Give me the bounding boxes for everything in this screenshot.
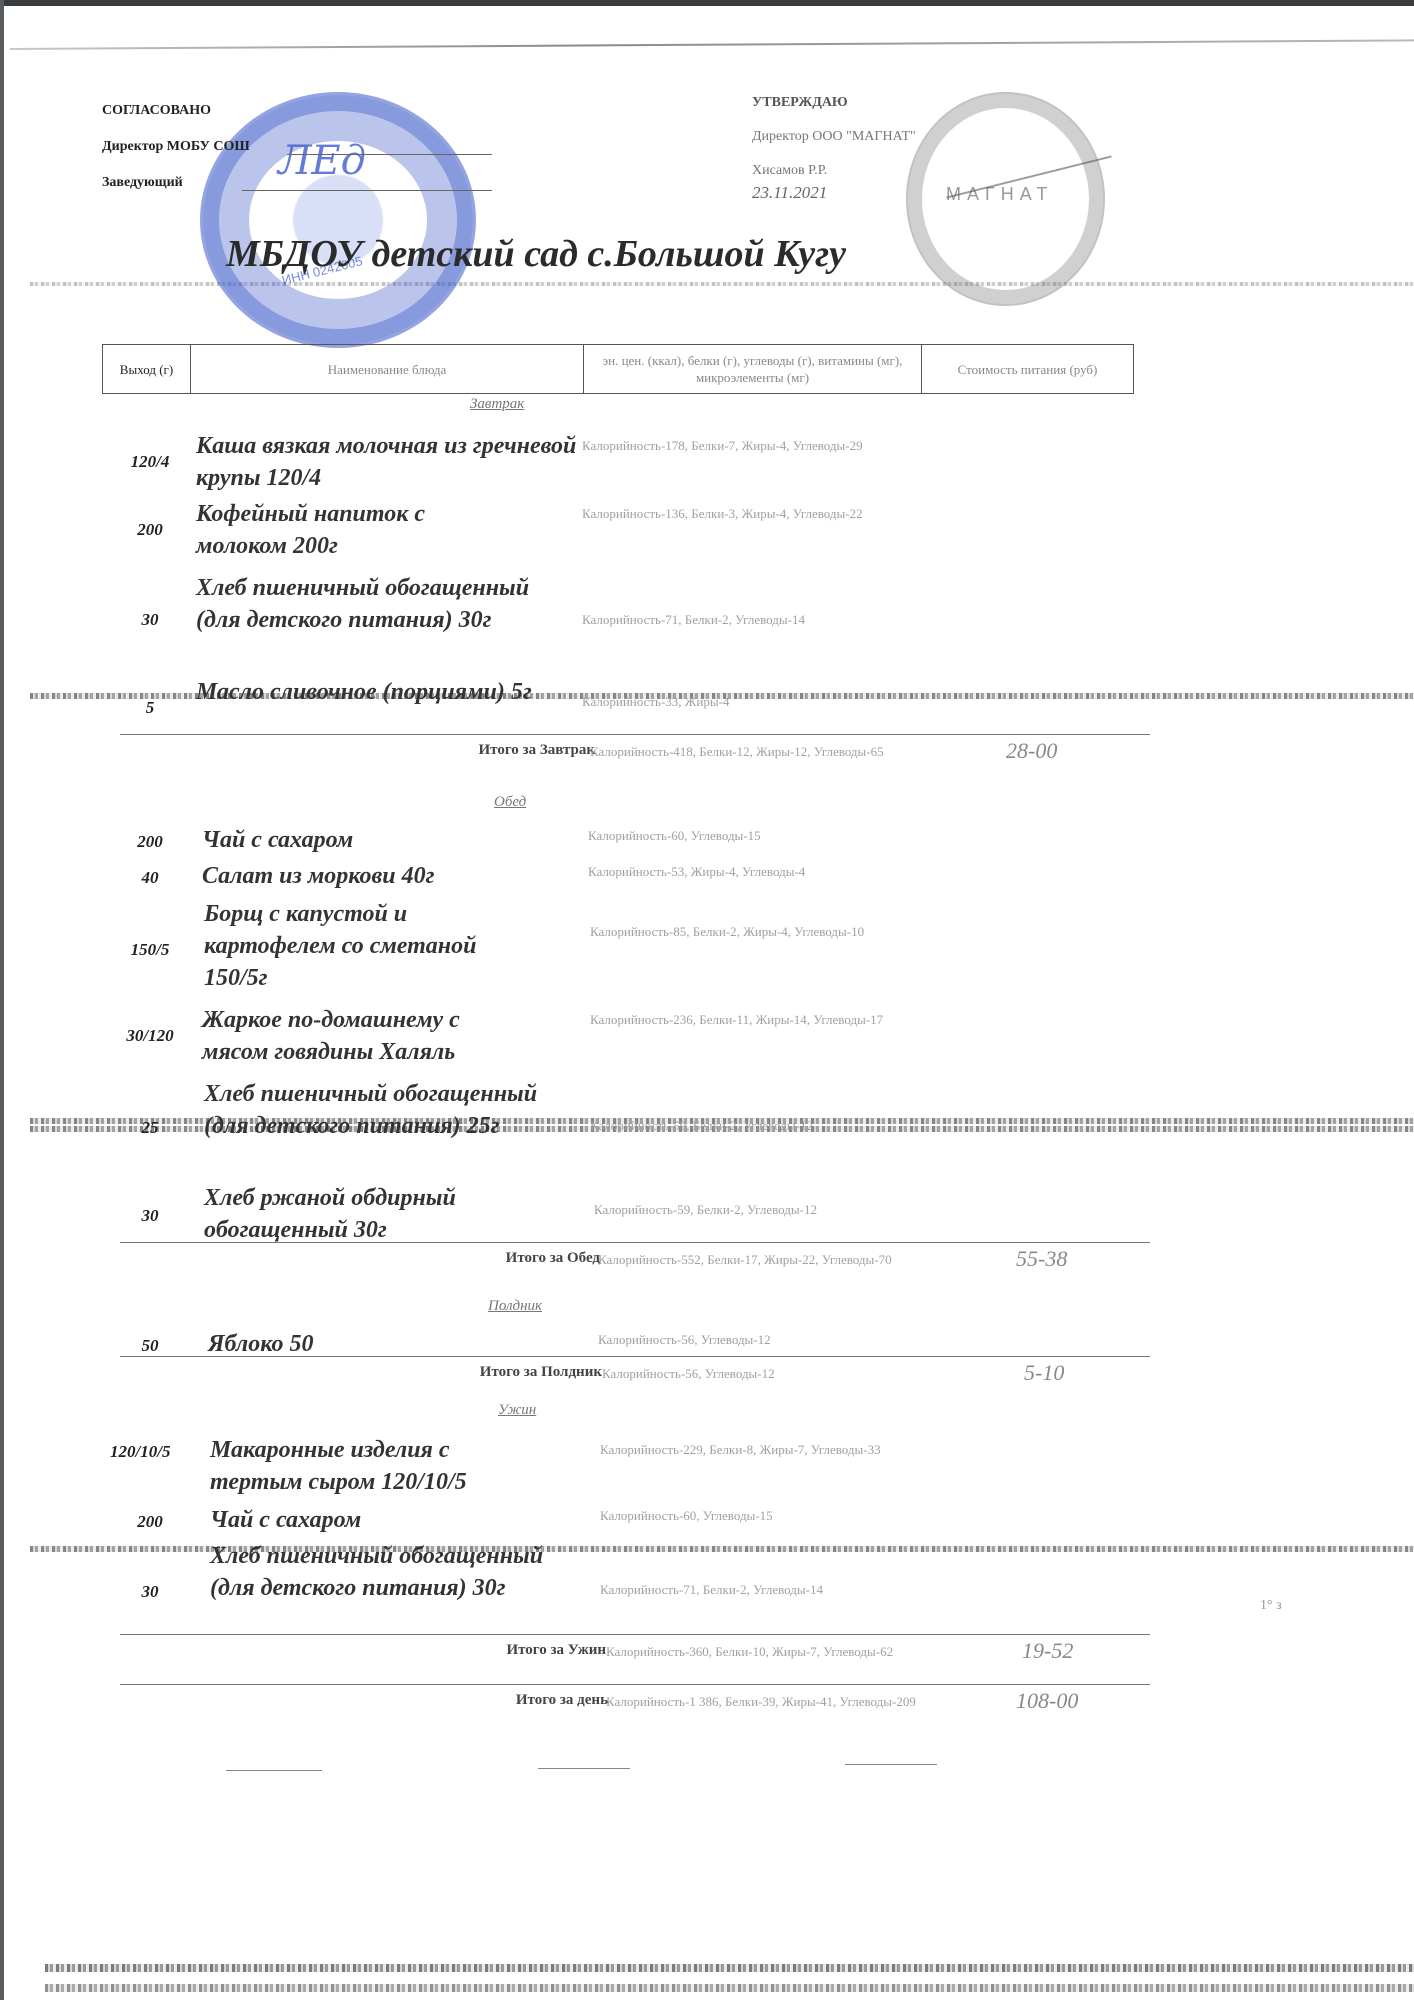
scan-rule [10,39,1414,50]
dish-name: Борщ с капустой и картофелем со сметаной… [204,898,534,994]
yield-value: 30 [110,1582,190,1602]
total-label: Итого за Полдник [480,1364,602,1381]
yield-value: 200 [110,520,190,540]
nutrition-value: Калорийность-56, Углеводы-12 [598,1330,918,1349]
nutrition-value: Калорийность-60, Углеводы-15 [588,826,908,845]
yield-value: 30 [110,610,190,630]
director-company-label: Директор ООО "МАГНАТ" [752,126,916,160]
total-nutrition: Калорийность-552, Белки-17, Жиры-22, Угл… [598,1250,918,1269]
dish-name: Каша вязкая молочная из гречневой крупы … [196,430,586,494]
yield-value: 200 [110,832,190,852]
yield-value: 50 [110,1336,190,1356]
scan-noise [45,1964,1414,1972]
total-label: Итого за Ужин [506,1642,606,1659]
dish-name: Салат из моркови 40г [202,860,592,892]
yield-value: 5 [110,698,190,718]
page-title: МБДОУ детский сад с.Большой Кугу [226,232,846,276]
dish-name: Хлеб пшеничный обогащенный (для детского… [210,1540,570,1604]
yield-value: 25 [110,1118,190,1138]
total-label: Итого за день [516,1692,608,1709]
nutrition-value: Калорийность-136, Белки-3, Жиры-4, Углев… [582,504,902,523]
total-nutrition: Калорийность-56, Углеводы-12 [602,1364,922,1383]
footer-signature-line [845,1764,937,1765]
column-header-dish: Наименование блюда [191,345,584,394]
dish-name: Жаркое по-домашнему с мясом говядины Хал… [202,1004,522,1068]
signature-line [287,154,492,155]
dish-name: Макаронные изделия с тертым сыром 120/10… [210,1434,530,1498]
nutrition-value: Калорийность-71, Белки-2, Углеводы-14 [582,610,912,629]
approve-label: УТВЕРЖДАЮ [752,92,916,126]
section-title-snack: Полдник [488,1298,542,1315]
yield-value: 40 [110,868,190,888]
dish-name: Хлеб ржаной обдирный обогащенный 30г [204,1182,524,1246]
divider [120,1242,1150,1243]
margin-note: 1° з [1260,1598,1282,1614]
nutrition-value: Калорийность-229, Белки-8, Жиры-7, Углев… [600,1440,920,1459]
head-label: Заведующий [102,175,183,190]
total-cost: 5-10 [1024,1360,1064,1386]
yield-value: 30 [110,1206,190,1226]
footer-signature-line [226,1770,322,1771]
nutrition-value: Калорийность-53, Жиры-4, Углеводы-4 [588,862,908,881]
section-title-dinner: Ужин [498,1402,536,1419]
dish-name: Чай с сахаром [210,1504,600,1536]
divider [120,734,1150,735]
director-school-label: Директор МОБУ СОШ [102,139,250,154]
total-label: Итого за Завтрак [479,742,595,759]
nutrition-value: Калорийность-85, Белки-2, Жиры-4, Углево… [590,922,910,941]
nutrition-value: Калорийность-59, Белки-2, Углеводы-12 [594,1200,914,1219]
menu-table-header: Выход (г) Наименование блюда эн. цен. (к… [102,344,1134,394]
nutrition-value: Калорийность-71, Белки-2, Углеводы-14 [600,1580,920,1599]
nutrition-value: Калорийность-236, Белки-11, Жиры-14, Угл… [590,1010,910,1029]
total-cost: 108-00 [1016,1688,1078,1714]
footer-signature-line [538,1768,630,1769]
section-title-breakfast: Завтрак [470,396,524,413]
yield-value: 120/4 [110,452,190,472]
section-title-lunch: Обед [494,794,526,811]
nutrition-value: Калорийность-33, Жиры-4 [582,692,902,711]
dish-name: Хлеб пшеничный обогащенный (для детского… [204,1078,564,1142]
dish-name: Масло сливочное (порциями) 5г [196,676,576,708]
director-name: Хисамов Р.Р. [752,160,916,182]
divider [120,1634,1150,1635]
approval-date: 23.11.2021 [752,182,916,216]
divider [120,1356,1150,1357]
nutrition-value: Калорийность-60, Углеводы-15 [600,1506,920,1525]
total-cost: 19-52 [1022,1638,1073,1664]
dish-name: Кофейный напиток с молоком 200г [196,498,486,562]
company-stamp: МАГНАТ [906,92,1105,306]
approval-block-right: УТВЕРЖДАЮ Директор ООО "МАГНАТ" Хисамов … [752,92,916,216]
scan-edge [0,0,1414,6]
yield-value: 30/120 [110,1026,190,1046]
signature-line [242,190,492,191]
dish-name: Чай с сахаром [202,824,592,856]
total-nutrition: Калорийность-360, Белки-10, Жиры-7, Угле… [606,1642,926,1661]
total-label: Итого за Обед [506,1250,600,1267]
column-header-nutrition: эн. цен. (ккал), белки (г), углеводы (г)… [584,345,922,394]
total-nutrition: Калорийность-1 386, Белки-39, Жиры-41, У… [606,1692,926,1711]
signature-left: ЛЕд [278,138,366,184]
column-header-cost: Стоимость питания (руб) [922,345,1134,394]
total-cost: 55-38 [1016,1246,1067,1272]
yield-value: 150/5 [110,940,190,960]
scan-noise [45,1984,1414,1992]
approval-block-left: СОГЛАСОВАНО Директор МОБУ СОШ Заведующий [102,100,250,208]
yield-value: 200 [110,1512,190,1532]
yield-value: 120/10/5 [110,1438,170,1466]
agreed-label: СОГЛАСОВАНО [102,100,250,136]
scan-edge [0,0,4,2000]
dish-name: Хлеб пшеничный обогащенный (для детского… [196,572,556,636]
divider [120,1684,1150,1685]
total-nutrition: Калорийность-418, Белки-12, Жиры-12, Угл… [590,742,910,761]
column-header-yield: Выход (г) [103,345,191,394]
nutrition-value: Калорийность-178, Белки-7, Жиры-4, Углев… [582,436,902,455]
nutrition-value: Калорийность-59, Белки-2, Углеводы-12 [590,1116,910,1135]
total-cost: 28-00 [1006,738,1057,764]
